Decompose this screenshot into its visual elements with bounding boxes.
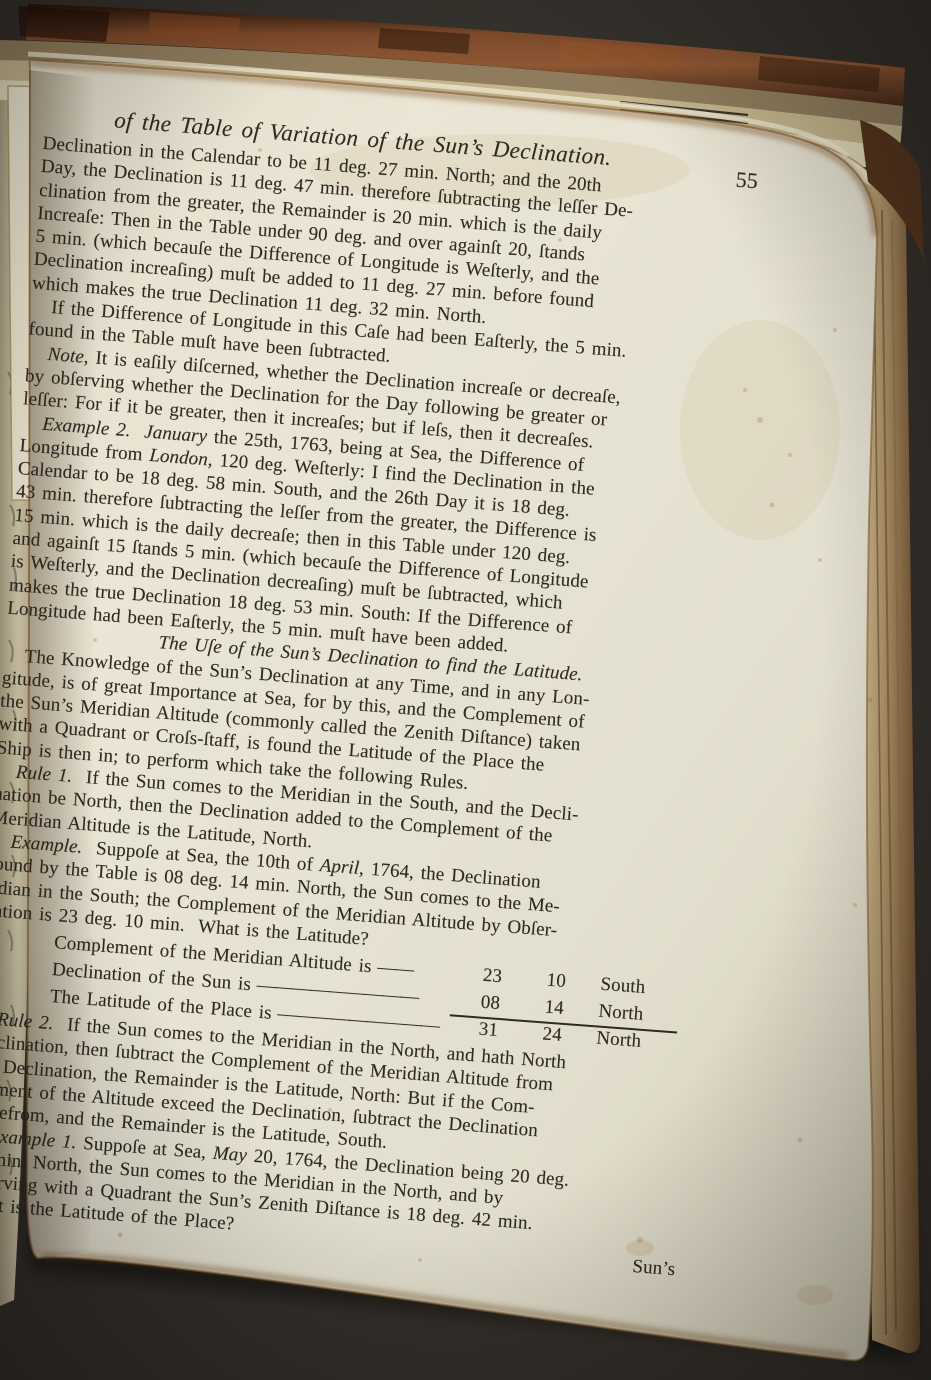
calc-direction: South bbox=[600, 971, 647, 1001]
calc-minutes: 14 bbox=[544, 994, 565, 1022]
calc-minutes: 10 bbox=[546, 967, 567, 995]
italic-text: April bbox=[319, 855, 360, 879]
italic-text: Rule 2. bbox=[0, 1009, 54, 1034]
italic-text: Note bbox=[47, 344, 85, 368]
calc-degrees: 31 bbox=[478, 1016, 499, 1044]
calc-minutes: 24 bbox=[542, 1020, 563, 1048]
italic-text: London bbox=[149, 445, 209, 470]
page-content: of the Table of Variation of the Sun’s D… bbox=[0, 100, 776, 1294]
italic-text: Rule 1. bbox=[15, 762, 73, 787]
calc-degrees: 08 bbox=[480, 989, 501, 1017]
italic-text: May bbox=[212, 1142, 248, 1166]
calc-direction: North bbox=[597, 998, 644, 1028]
book-photo: of the Table of Variation of the Sun’s D… bbox=[0, 0, 931, 1380]
calc-degrees: 23 bbox=[482, 962, 503, 990]
text-body: Declination in the Calendar to be 11 deg… bbox=[0, 132, 773, 1294]
italic-text: January bbox=[144, 421, 208, 447]
calc-direction: North bbox=[595, 1025, 642, 1055]
text-segment: Sun’s bbox=[632, 1256, 676, 1280]
dash-leader: —— bbox=[371, 956, 414, 980]
